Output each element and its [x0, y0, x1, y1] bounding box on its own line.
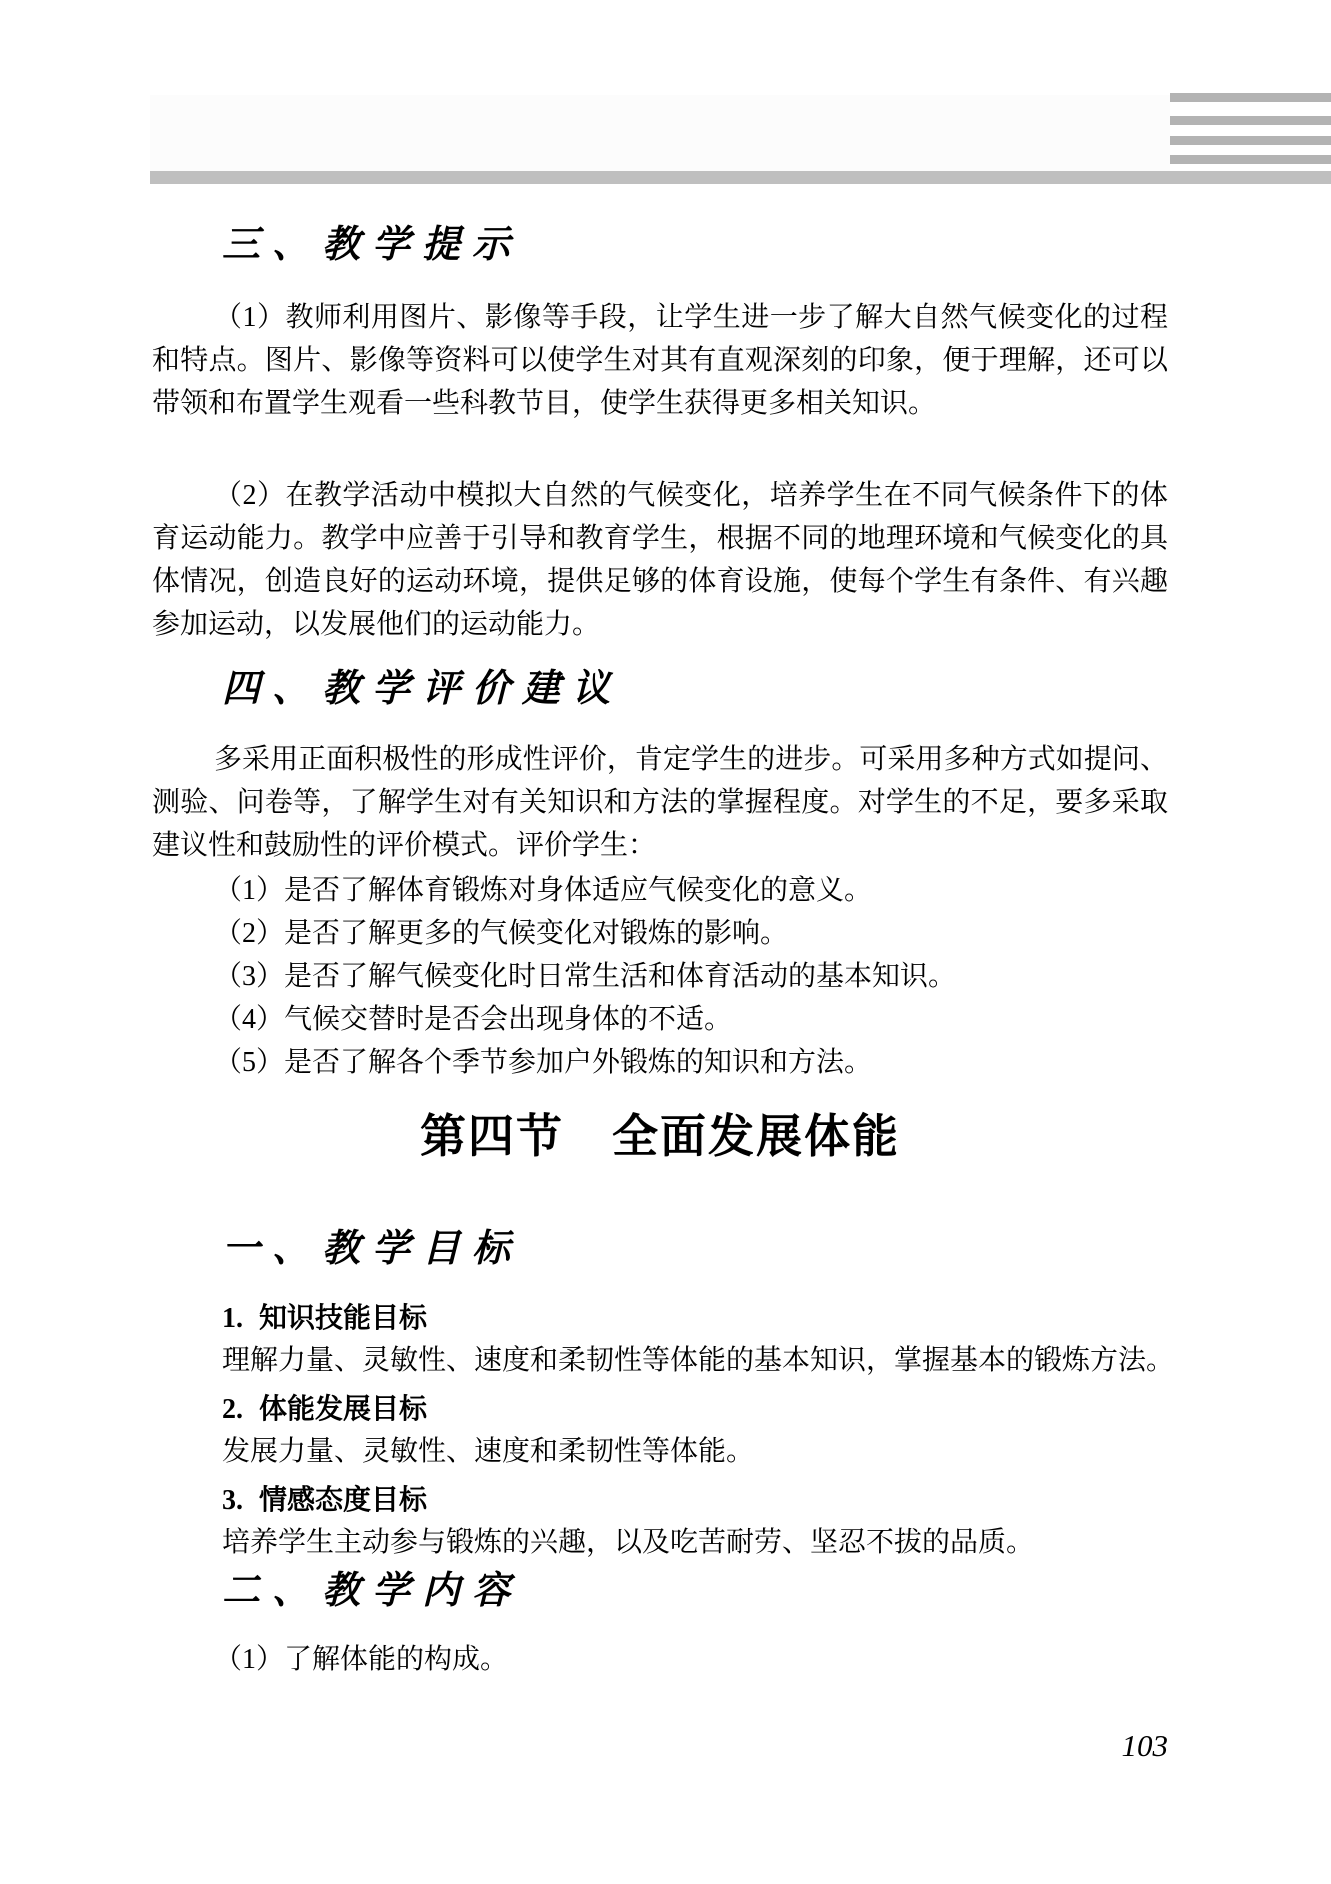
- heading-goals: 一、教学目标: [152, 1224, 1238, 1272]
- subsection-title: 情感态度目标: [259, 1484, 427, 1515]
- heading-teaching-tips: 三、教学提示: [152, 220, 1238, 268]
- paragraph-content: （1）了解体能的构成。: [152, 1638, 1168, 1681]
- evaluation-list: （1）是否了解体育锻炼对身体适应气候变化的意义。 （2）是否了解更多的气候变化对…: [152, 869, 1168, 1084]
- page-number: 103: [152, 1728, 1170, 1764]
- subsection-heading: 3.情感态度目标: [222, 1480, 1238, 1521]
- paragraph-tips-1: （1）教师利用图片、影像等手段，让学生进一步了解大自然气候变化的过程和特点。图片…: [152, 296, 1168, 425]
- subsection-number: 3.: [222, 1485, 243, 1516]
- subsection-body: 理解力量、灵敏性、速度和柔韧性等体能的基本知识，掌握基本的锻炼方法。: [222, 1341, 1238, 1381]
- subsection-heading: 2.体能发展目标: [222, 1389, 1238, 1430]
- book-page: 三、教学提示 （1）教师利用图片、影像等手段，让学生进一步了解大自然气候变化的过…: [0, 0, 1331, 1884]
- header-stripe-icon: [1170, 93, 1331, 102]
- subsection-number: 2.: [222, 1394, 243, 1425]
- subsection-title: 知识技能目标: [259, 1302, 427, 1333]
- list-item: （4）气候交替时是否会出现身体的不适。: [152, 998, 1168, 1041]
- header-stripe-icon: [1170, 155, 1331, 164]
- subsection-heading: 1.知识技能目标: [222, 1298, 1238, 1339]
- header-stripe-icon: [1170, 136, 1331, 145]
- list-item: （1）是否了解体育锻炼对身体适应气候变化的意义。: [152, 869, 1168, 912]
- list-item: （2）是否了解更多的气候变化对锻炼的影响。: [152, 912, 1168, 955]
- list-item: （3）是否了解气候变化时日常生活和体育活动的基本知识。: [152, 955, 1168, 998]
- heading-content: 二、教学内容: [152, 1566, 1238, 1614]
- header-stripe-icon: [1170, 116, 1331, 125]
- header-band: [150, 95, 1170, 171]
- paragraph-tips-2: （2）在教学活动中模拟大自然的气候变化，培养学生在不同气候条件下的体育运动能力。…: [152, 474, 1168, 646]
- subsection-body: 培养学生主动参与锻炼的兴趣，以及吃苦耐劳、坚忍不拔的品质。: [222, 1523, 1238, 1563]
- header-rule: [150, 171, 1331, 184]
- subsection-body: 发展力量、灵敏性、速度和柔韧性等体能。: [222, 1432, 1238, 1472]
- subsection-title: 体能发展目标: [259, 1393, 427, 1424]
- paragraph-evaluation: 多采用正面积极性的形成性评价，肯定学生的进步。可采用多种方式如提问、测验、问卷等…: [152, 738, 1168, 867]
- section-title: 第四节 全面发展体能: [152, 1108, 1168, 1164]
- goals-subsections: 1.知识技能目标 理解力量、灵敏性、速度和柔韧性等体能的基本知识，掌握基本的锻炼…: [152, 1298, 1238, 1571]
- list-item: （5）是否了解各个季节参加户外锻炼的知识和方法。: [152, 1041, 1168, 1084]
- heading-evaluation: 四、教学评价建议: [152, 664, 1238, 712]
- subsection-number: 1.: [222, 1303, 243, 1334]
